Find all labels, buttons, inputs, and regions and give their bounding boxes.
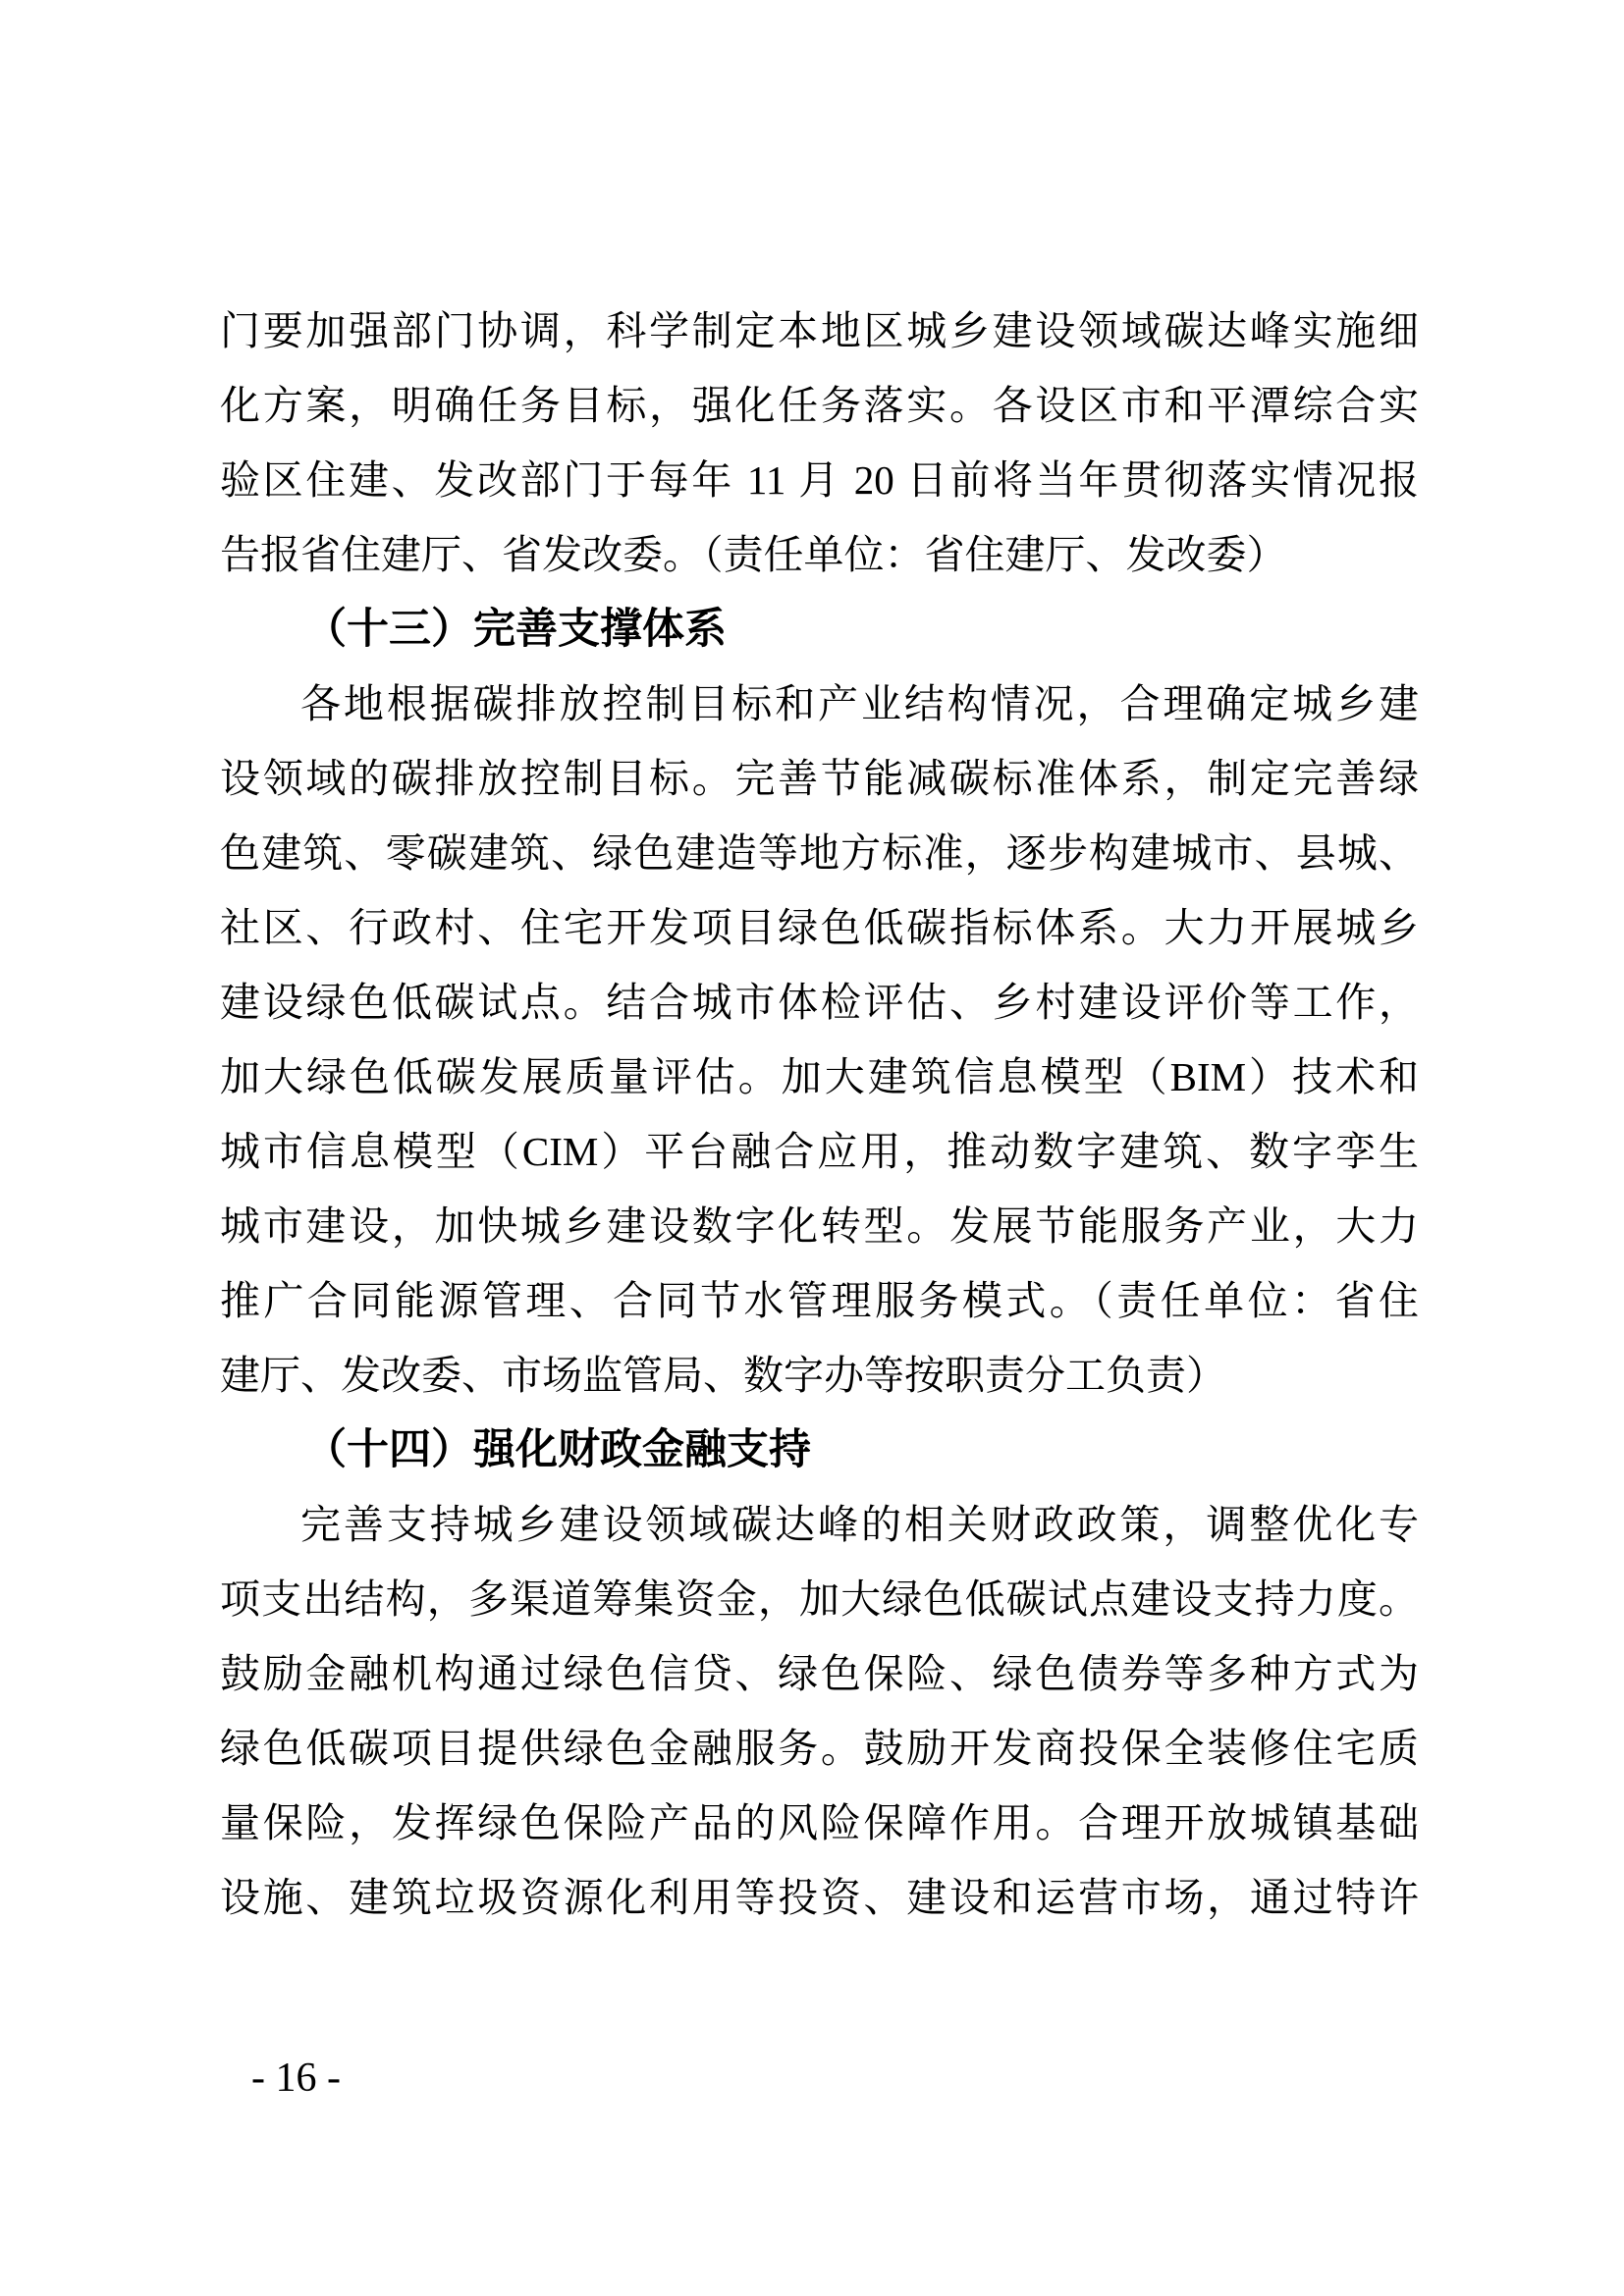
text-line: 加大绿色低碳发展质量评估。加大建筑信息模型（BIM）技术和 [220,1040,1419,1114]
text-line: 社区、行政村、住宅开发项目绿色低碳指标体系。大力开展城乡 [220,890,1419,965]
document-body: 门要加强部门协调，科学制定本地区城乡建设领域碳达峰实施细化方案，明确任务目标，强… [220,294,1419,1935]
text-line: 推广合同能源管理、合同节水管理服务模式。（责任单位：省住 [220,1263,1419,1338]
text-line: 化方案，明确任务目标，强化任务落实。各设区市和平潭综合实 [220,368,1419,443]
section-heading: （十三）完善支撑体系 [220,592,1419,667]
text-line: 设领域的碳排放控制目标。完善节能减碳标准体系，制定完善绿 [220,741,1419,816]
text-line: 建设绿色低碳试点。结合城市体检评估、乡村建设评价等工作， [220,965,1419,1040]
page-number: - 16 - [251,2056,341,2101]
document-page: 门要加强部门协调，科学制定本地区城乡建设领域碳达峰实施细化方案，明确任务目标，强… [0,0,1624,2296]
text-line: 项支出结构，多渠道筹集资金，加大绿色低碳试点建设支持力度。 [220,1562,1419,1636]
text-line: 完善支持城乡建设领域碳达峰的相关财政政策，调整优化专 [220,1487,1419,1562]
section-heading: （十四）强化财政金融支持 [220,1413,1419,1487]
text-line: 告报省住建厅、省发改委。（责任单位：省住建厅、发改委） [220,517,1419,592]
text-line: 城市建设，加快城乡建设数字化转型。发展节能服务产业，大力 [220,1189,1419,1263]
text-line: 鼓励金融机构通过绿色信贷、绿色保险、绿色债券等多种方式为 [220,1636,1419,1711]
text-line: 门要加强部门协调，科学制定本地区城乡建设领域碳达峰实施细 [220,294,1419,368]
text-line: 建厅、发改委、市场监管局、数字办等按职责分工负责） [220,1338,1419,1413]
text-line: 城市信息模型（CIM）平台融合应用，推动数字建筑、数字孪生 [220,1114,1419,1189]
text-line: 设施、建筑垃圾资源化利用等投资、建设和运营市场，通过特许 [220,1860,1419,1935]
text-line: 量保险，发挥绿色保险产品的风险保障作用。合理开放城镇基础 [220,1786,1419,1860]
text-line: 验区住建、发改部门于每年 11 月 20 日前将当年贯彻落实情况报 [220,443,1419,517]
text-line: 色建筑、零碳建筑、绿色建造等地方标准，逐步构建城市、县城、 [220,816,1419,890]
text-line: 绿色低碳项目提供绿色金融服务。鼓励开发商投保全装修住宅质 [220,1711,1419,1786]
text-line: 各地根据碳排放控制目标和产业结构情况，合理确定城乡建 [220,667,1419,741]
